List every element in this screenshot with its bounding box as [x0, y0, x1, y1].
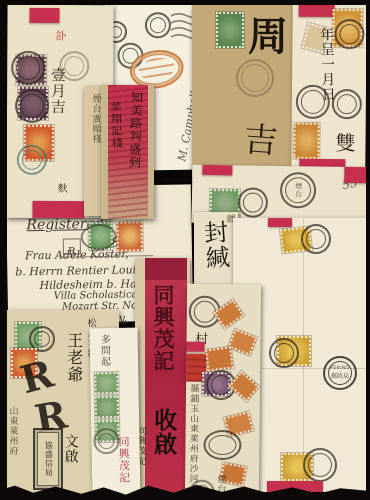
calligraphy-address-column: 縣鋪玉山東萊州府沙河: [187, 384, 198, 496]
postmark-cds-icon: [303, 448, 337, 482]
postmark-cds-icon: [296, 85, 330, 119]
photo-border-right: [366, 0, 370, 500]
postmark-cds-teal-icon: [17, 145, 47, 175]
calligraphy-column: 菜翔記棧: [109, 101, 124, 201]
cover-tongxing: 同興茂記 收啟 同興茂記: [135, 258, 190, 500]
calligraphy-seal-chars: 封緘: [200, 219, 230, 291]
stamp-coiling-dragon-green: [94, 372, 118, 394]
postmark-cds-icon: [301, 224, 331, 254]
cover-busy-strip: 村 縣鋪玉山東萊州府沙河 煙台: [185, 284, 261, 500]
edge-column: 山東萊州府: [7, 406, 16, 496]
stamp-coiling-dragon-orange: [205, 346, 234, 371]
address-line: Frau Adele Köster,: [25, 247, 129, 262]
postmark-cds-icon: [11, 51, 45, 85]
machine-cancel-dial-icon: [145, 12, 171, 38]
stamp-coiling-dragon-green: [216, 12, 244, 48]
postmark-peking-cds: PEKING 郵政局: [323, 356, 357, 390]
chop-column: 協盛信局: [44, 441, 52, 477]
cover-kraft-center: 周 吉: [192, 5, 293, 177]
calligraphy-instruction: 收啟: [151, 408, 175, 488]
cover-top-right: 年呈一月日 雙: [291, 3, 366, 174]
red-sealing-patch: [268, 218, 292, 227]
cover-crimson-note: 知美路判盛到 菜翔記棧: [101, 85, 154, 219]
vermilion-seal-mark: 訃: [54, 30, 66, 42]
calligraphy-closing: 文啟: [63, 434, 78, 490]
stamp-coiling-dragon-orange: [228, 329, 258, 356]
calligraphy-side-char: 雙: [335, 127, 355, 156]
postmark-cds-bilingual-icon: 煙台: [280, 172, 316, 208]
postmark-cds-icon: [332, 89, 362, 119]
red-sealing-patch: [186, 342, 204, 352]
calligraphy-small-mark: 麩: [55, 183, 66, 194]
cover-seal-fragment: 纏 封緘: [194, 212, 238, 292]
calligraphy-address-column: 煙台廣順棧: [90, 94, 99, 208]
calligraphy-firm-name: 同興茂記: [152, 284, 174, 396]
postmark-cds-icon: [269, 338, 299, 368]
photo-border-left: [0, 0, 7, 500]
red-sealing-patch: [29, 8, 59, 23]
postmark-cds-icon: [334, 19, 364, 49]
postmark-cds-faint-icon: [236, 59, 274, 97]
photo-border-top: [0, 0, 370, 5]
red-sealing-patch: [202, 165, 232, 175]
postmark-cds-icon: [15, 89, 49, 123]
photo-collage-of-postal-covers: 廿五 M. Campbell Esq. Via Siberia Mail Reg…: [0, 0, 370, 500]
stamp-coiling-dragon-green: [95, 396, 119, 418]
postmark-cds-icon: [238, 187, 268, 217]
calligraphy-red-firm-column: 同興茂記: [117, 436, 130, 496]
boxed-chop: 協盛信局: [33, 428, 63, 490]
red-sealing-patch: [32, 201, 84, 218]
postmark-oval-junk-icon: [203, 430, 241, 460]
calligraphy-addressee: 王老爺: [65, 332, 82, 420]
stamp-coiling-dragon-orange: [293, 123, 319, 159]
cover-bottom-center: 多問起 同興茂記: [90, 328, 141, 500]
crimson-band-dark-top: [145, 258, 187, 280]
postmark-cds-icon: [93, 428, 119, 454]
calligraphy-bottom-char: 吉: [242, 112, 279, 163]
